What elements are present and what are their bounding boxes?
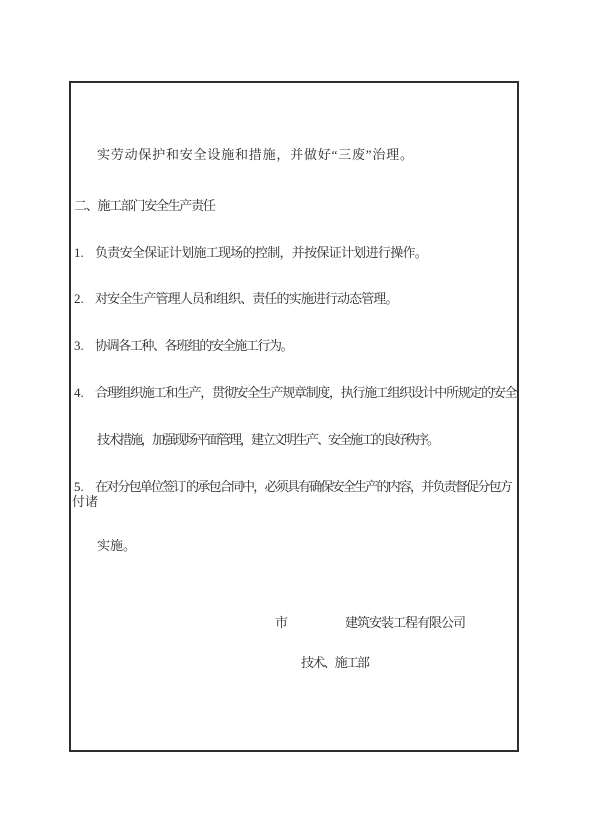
item-4-continuation-line: 技术措施，加强现场平面管理，建立文明生产、安全施工的良好秩序。 xyxy=(97,431,438,448)
item-number: 1. xyxy=(74,244,95,261)
list-item-2: 2. 对安全生产管理人员和组织、责任的实施进行动态管理。 xyxy=(74,290,398,307)
signature-department-line: 技术、施工部 xyxy=(301,654,368,671)
item-number: 3. xyxy=(74,337,95,354)
document-page: 实劳动保护和安全设施和措施，并做好“三废”治理。 二、施工部门安全生产责任 1.… xyxy=(0,0,590,835)
item-text: 对安全生产管理人员和组织、责任的实施进行动态管理。 xyxy=(95,290,398,307)
item-5-wrap-line: 付诸 xyxy=(72,493,98,510)
item-5-continuation-line: 实施。 xyxy=(97,537,136,554)
list-item-3: 3. 协调各工种、各班组的安全施工行为。 xyxy=(74,337,292,354)
document-border-box: 实劳动保护和安全设施和措施，并做好“三废”治理。 二、施工部门安全生产责任 1.… xyxy=(69,81,519,752)
signature-company-line: 市建筑安装工程有限公司 xyxy=(275,614,465,631)
list-item-5: 5. 在对分包单位签订 的承包合同中，必须具有确保安全生产的内容，并负责督促分包… xyxy=(74,478,511,495)
item-number: 2. xyxy=(74,290,95,307)
list-item-1: 1. 负责安全保证计划施工现场的控制，并按保证计划进行操作。 xyxy=(74,244,427,261)
item-text: 协调各工种、各班组的安全施工行为。 xyxy=(95,337,292,354)
item-text: 在对分包单位签订 的承包合同中，必须具有确保安全生产的内容，并负责督促分包方 xyxy=(95,478,511,495)
item-number: 4. xyxy=(74,384,95,401)
item-text: 合理组织施工和生产，贯彻安全生产规章制度，执行施工组织设计中所规定的安全 xyxy=(95,384,516,401)
item-text: 负责安全保证计划施工现场的控制，并按保证计划进行操作。 xyxy=(95,244,427,261)
company-name: 建筑安装工程有限公司 xyxy=(345,615,465,630)
company-prefix: 市 xyxy=(275,615,288,630)
list-item-4: 4. 合理组织施工和生产，贯彻安全生产规章制度，执行施工组织设计中所规定的安全 xyxy=(74,384,516,401)
paragraph-continuation-line: 实劳动保护和安全设施和措施，并做好“三废”治理。 xyxy=(97,146,414,163)
section-heading: 二、施工部门安全生产责任 xyxy=(74,197,214,214)
